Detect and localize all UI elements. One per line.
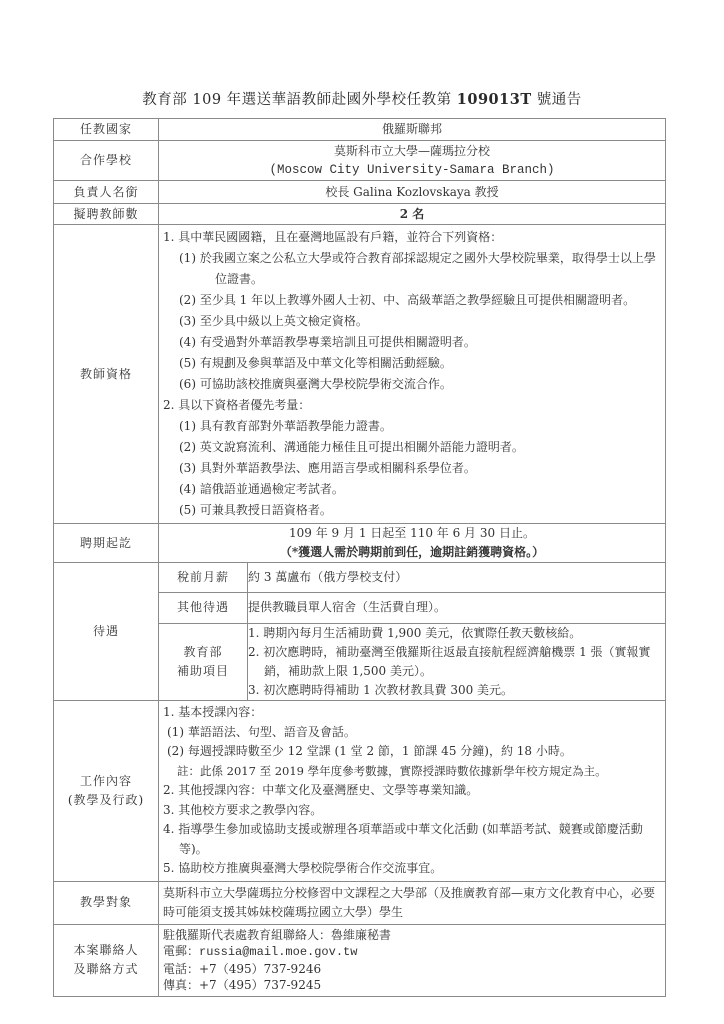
qualification-item: (4) 諳俄語並通過檢定考試者。 [163, 479, 661, 500]
notice-title: 教育部 109 年選送華語教師赴國外學校任教第 109013T 號通告 [0, 88, 724, 109]
duty-item: 4. 指導學生參加或協助支援或辦理各項華語或中華文化活動 (如華語考試、競賽或節… [163, 820, 661, 859]
period-dates: 109 年 9 月 1 日起至 110 年 6 月 30 日止。 [159, 524, 665, 543]
salary-value: 約 3 萬盧布（俄方學校支付） [248, 563, 666, 592]
other-benefits-label: 其他待遇 [159, 592, 248, 623]
qualification-item: (3) 具對外華語教學法、應用語言學或相關科系學位者。 [163, 458, 661, 479]
title-suffix: 號通告 [532, 92, 582, 108]
benefits-detail: 稅前月薪 約 3 萬盧布（俄方學校支付） 其他待遇 提供教職員單人宿舍（生活費自… [159, 563, 666, 701]
duty-item: (1) 華語語法、句型、語音及會話。 [163, 723, 661, 743]
country-value: 俄羅斯聯邦 [159, 119, 666, 141]
contact-email-line: 電郵：russia@mail.moe.gov.tw [163, 943, 661, 961]
moe-subsidy-item: 1. 聘期內每月生活補助費 1,900 美元，依實際任教天數核給。 [248, 624, 665, 643]
benefit-row-moe: 教育部 補助項目 1. 聘期內每月生活補助費 1,900 美元，依實際任教天數核… [159, 623, 665, 700]
moe-subsidy-label: 教育部 補助項目 [159, 623, 248, 700]
moe-subsidy-item: 3. 初次應聘時得補助 1 次教材教具費 300 美元。 [248, 681, 665, 700]
contact-email-link[interactable]: russia@mail.moe.gov.tw [199, 945, 357, 959]
contact-label: 本案聯絡人 及聯絡方式 [54, 924, 159, 996]
country-label: 任教國家 [54, 119, 159, 141]
row-country: 任教國家 俄羅斯聯邦 [54, 119, 666, 141]
qualifications-list: 1. 具中華民國國籍，且在臺灣地區設有戶籍，並符合下列資格： (1) 於我國立案… [159, 225, 666, 524]
row-period: 聘期起訖 109 年 9 月 1 日起至 110 年 6 月 30 日止。 （*… [54, 524, 666, 563]
qualifications-label: 教師資格 [54, 225, 159, 524]
qualification-item: 2. 具以下資格者優先考量： [163, 395, 661, 416]
benefits-table: 稅前月薪 約 3 萬盧布（俄方學校支付） 其他待遇 提供教職員單人宿舍（生活費自… [159, 563, 665, 700]
other-benefits-value: 提供教職員單人宿舍（生活費自理）。 [248, 592, 666, 623]
qualification-item: (1) 於我國立案之公私立大學或符合教育部採認規定之國外大學校院畢業，取得學士以… [163, 248, 661, 290]
row-duties: 工作內容 (教學及行政) 1. 基本授課內容： (1) 華語語法、句型、語音及會… [54, 701, 666, 882]
school-name-en: (Moscow City University-Samara Branch) [159, 161, 665, 180]
moe-subsidy-list: 1. 聘期內每月生活補助費 1,900 美元，依實際任教天數核給。 2. 初次應… [248, 623, 666, 700]
head-value: 校長 Galina Kozlovskaya 教授 [159, 181, 666, 204]
period-note: （*獲選人需於聘期前到任，逾期註銷獲聘資格。） [159, 543, 665, 562]
row-qualifications: 教師資格 1. 具中華民國國籍，且在臺灣地區設有戶籍，並符合下列資格： (1) … [54, 225, 666, 524]
qualification-item: (4) 有受過對外華語教學專業培訓且可提供相關證明者。 [163, 332, 661, 353]
duties-label: 工作內容 (教學及行政) [54, 701, 159, 882]
row-benefits: 待遇 稅前月薪 約 3 萬盧布（俄方學校支付） 其他待遇 提供教職員單人宿舍（生… [54, 563, 666, 701]
target-label: 教學對象 [54, 881, 159, 924]
qualification-item: (2) 英文說寫流利、溝通能力極佳且可提出相關外語能力證明者。 [163, 437, 661, 458]
duty-note: 註：此係 2017 至 2019 學年度參考數據，實際授課時數依據新學年校方規定… [163, 762, 661, 782]
duty-item: 5. 協助校方推廣與臺灣大學校院學術合作交流事宜。 [163, 859, 661, 879]
head-label: 負責人名銜 [54, 181, 159, 204]
duties-label-line1: 工作內容 [54, 772, 158, 791]
qualification-item: 1. 具中華民國國籍，且在臺灣地區設有戶籍，並符合下列資格： [163, 227, 661, 248]
moe-label-line2: 補助項目 [159, 662, 247, 681]
benefit-row-salary: 稅前月薪 約 3 萬盧布（俄方學校支付） [159, 563, 665, 592]
contact-phone: 電話：+7（495）737-9246 [163, 961, 661, 978]
benefits-label: 待遇 [54, 563, 159, 701]
contact-person: 駐俄羅斯代表處教育組聯絡人：魯維廉秘書 [163, 927, 661, 944]
duty-item: 3. 其他校方要求之教學內容。 [163, 801, 661, 821]
notice-table: 任教國家 俄羅斯聯邦 合作學校 莫斯科市立大學—薩瑪拉分校 (Moscow Ci… [53, 118, 666, 997]
qualification-item: (6) 可協助該校推廣與臺灣大學校院學術交流合作。 [163, 374, 661, 395]
moe-label-line1: 教育部 [159, 643, 247, 662]
row-contact: 本案聯絡人 及聯絡方式 駐俄羅斯代表處教育組聯絡人：魯維廉秘書 電郵：russi… [54, 924, 666, 996]
qualification-item: (5) 可兼具教授日語資格者。 [163, 500, 661, 521]
school-value: 莫斯科市立大學—薩瑪拉分校 (Moscow City University-Sa… [159, 141, 666, 181]
row-target: 教學對象 莫斯科市立大學薩瑪拉分校修習中文課程之大學部（及推廣教育部—東方文化教… [54, 881, 666, 924]
duty-item: (2) 每週授課時數至少 12 堂課 (1 堂 2 節，1 節課 45 分鐘)，… [163, 742, 661, 762]
target-value: 莫斯科市立大學薩瑪拉分校修習中文課程之大學部（及推廣教育部—東方文化教育中心，必… [159, 881, 666, 924]
row-school: 合作學校 莫斯科市立大學—薩瑪拉分校 (Moscow City Universi… [54, 141, 666, 181]
row-count: 擬聘教師數 2 名 [54, 204, 666, 225]
salary-label: 稅前月薪 [159, 563, 248, 592]
duties-label-line2: (教學及行政) [54, 791, 158, 810]
row-head: 負責人名銜 校長 Galina Kozlovskaya 教授 [54, 181, 666, 204]
school-name-zh: 莫斯科市立大學—薩瑪拉分校 [159, 142, 665, 161]
email-label: 電郵： [163, 944, 199, 958]
contact-details: 駐俄羅斯代表處教育組聯絡人：魯維廉秘書 電郵：russia@mail.moe.g… [159, 924, 666, 996]
contact-label-line1: 本案聯絡人 [54, 941, 158, 960]
contact-fax: 傳真：+7（495）737-9245 [163, 977, 661, 994]
qualification-item: (3) 至少具中級以上英文檢定資格。 [163, 311, 661, 332]
moe-subsidy-item: 2. 初次應聘時，補助臺灣至俄羅斯往返最直接航程經濟艙機票 1 張（實報實銷，補… [248, 643, 665, 681]
notice-number: 109013T [457, 91, 532, 108]
period-value: 109 年 9 月 1 日起至 110 年 6 月 30 日止。 （*獲選人需於… [159, 524, 666, 563]
count-value: 2 名 [159, 204, 666, 225]
count-label: 擬聘教師數 [54, 204, 159, 225]
duties-list: 1. 基本授課內容： (1) 華語語法、句型、語音及會話。 (2) 每週授課時數… [159, 701, 666, 882]
qualification-item: (2) 至少具 1 年以上教導外國人士初、中、高級華語之教學經驗且可提供相關證明… [163, 290, 661, 311]
qualification-item: (1) 具有教育部對外華語教學能力證書。 [163, 416, 661, 437]
benefit-row-other: 其他待遇 提供教職員單人宿舍（生活費自理）。 [159, 592, 665, 623]
title-prefix: 教育部 109 年選送華語教師赴國外學校任教第 [142, 92, 457, 108]
school-label: 合作學校 [54, 141, 159, 181]
duty-item: 2. 其他授課內容：中華文化及臺灣歷史、文學等專業知識。 [163, 781, 661, 801]
period-label: 聘期起訖 [54, 524, 159, 563]
duty-item: 1. 基本授課內容： [163, 703, 661, 723]
qualification-item: (5) 有規劃及參與華語及中華文化等相關活動經驗。 [163, 353, 661, 374]
contact-label-line2: 及聯絡方式 [54, 960, 158, 979]
